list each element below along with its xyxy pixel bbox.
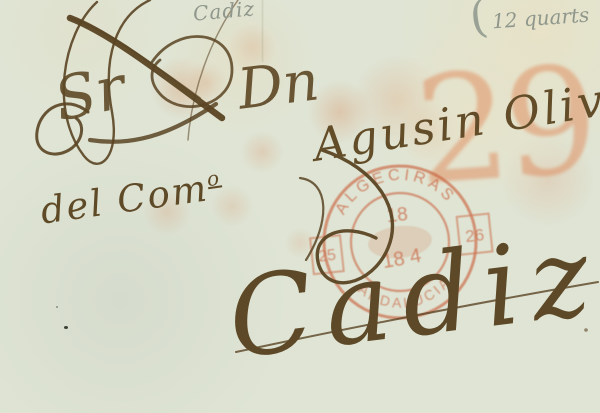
address-city: Cadiz [223,220,600,375]
pencil-note-cadiz: Cadiz [192,0,255,24]
pencil-note-quarts: 12 quarts [491,5,589,32]
flourish-oval-loop [152,37,232,107]
datestamp-date-line1: 18 [386,204,409,227]
address-honorific-dn: Dn [235,53,322,118]
pencil-note-paren: ( [467,0,490,41]
address-line2-main: del Com [38,166,211,232]
address-line2-superscript: o [205,165,222,191]
paper-crease [262,0,263,62]
ink-speck [56,306,58,308]
letter-cover-photo: 29 ALGECIRAS ANDALUCIA 18 18 4 25 26 [0,0,600,413]
address-line2: del Como [38,167,224,229]
ink-speck [64,326,68,329]
address-honorific-sr: Sr [50,57,131,130]
